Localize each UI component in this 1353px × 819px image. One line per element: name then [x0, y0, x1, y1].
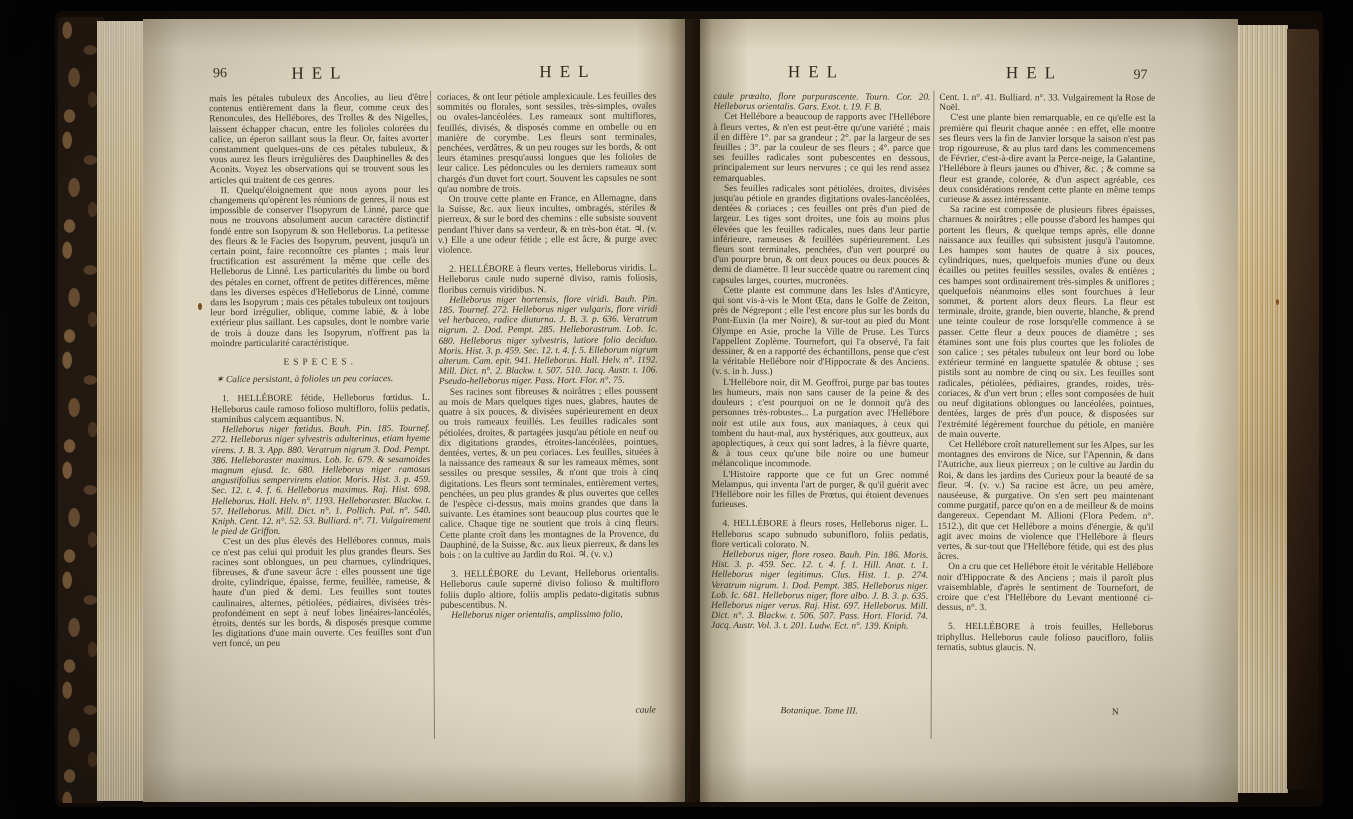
paragraph: II. Quelqu'éloignement que nous ayons po… — [210, 185, 430, 350]
text-column: caule prœalto, flore purpurascente. Tour… — [711, 92, 931, 717]
foxing-spot — [198, 303, 202, 310]
left-fore-edge-pages — [97, 21, 145, 801]
paragraph: Helleborus niger orientalis, amplissimo … — [440, 609, 659, 621]
column-text: mais les pétales tubuleux des Ancolies, … — [209, 93, 431, 650]
column-rule — [931, 91, 935, 739]
column-text: coriaces, & ont leur pétiole amplexicaul… — [437, 92, 659, 621]
paragraph: ✶ Calice persistant, à folioles un peu c… — [211, 374, 430, 386]
right-fore-edge-pages — [1236, 25, 1288, 793]
paragraph: Helleborus niger, flore roseo. Bauh. Pin… — [711, 550, 928, 633]
paragraph: 4. HELLÉBORE à fleurs roses, Helleborus … — [711, 519, 928, 551]
right-page-content: HEL HEL 97 caule prœalto, flore purpuras… — [698, 18, 1239, 803]
paragraph: Helleborus niger fœtidus. Bauh. Pin. 185… — [211, 424, 431, 538]
right-page: HEL HEL 97 caule prœalto, flore purpuras… — [700, 19, 1238, 802]
column-text: Cent. 1. n°. 41. Bulliard. n°. 33. Vulga… — [937, 93, 1155, 654]
paragraph: Helleborus niger hortensis, flore viridi… — [438, 294, 658, 387]
running-head: HEL — [979, 63, 1089, 83]
paragraph: caule prœalto, flore purpurascente. Tour… — [713, 92, 930, 113]
paragraph: L'Hellébore noir, dit M. Geoffroi, purge… — [712, 378, 929, 471]
paragraph: L'Histoire rapporte que ce fut un Grec n… — [712, 469, 929, 511]
signature-mark: N — [937, 707, 1153, 718]
page-number: 96 — [213, 66, 227, 82]
paragraph: Cet Hellébore croît naturellement sur le… — [937, 440, 1154, 563]
paragraph: Ses racines sont fibreuses & noirâtres ;… — [439, 386, 659, 561]
paragraph: Ses feuilles radicales sont pétiolées, d… — [713, 184, 930, 287]
paragraph: Cent. 1. n°. 41. Bulliard. n°. 33. Vulga… — [939, 93, 1155, 114]
paragraph: On trouve cette plante en France, en All… — [438, 194, 657, 257]
right-cover-board — [1287, 29, 1319, 789]
paragraph: Cet Hellébore a beaucoup de rapports ave… — [713, 112, 930, 184]
text-column: mais les pétales tubuleux des Ancolies, … — [209, 93, 432, 718]
paragraph: 3. HELLÉBORE du Levant, Helleborus orien… — [440, 569, 659, 611]
paragraph: mais les pétales tubuleux des Ancolies, … — [209, 93, 429, 186]
paragraph: 2. HELLÉBORE à fleurs vertes, Helleborus… — [438, 264, 657, 296]
running-head: HEL — [761, 62, 871, 82]
paragraph: C'est une plante bien remarquable, en ce… — [939, 113, 1155, 206]
paragraph: C'est un des plus élevés des Hellébores … — [212, 536, 432, 650]
photo-background: 96 HEL HEL mais les pétales tubuleux des… — [0, 0, 1353, 819]
paragraph: On a cru que cet Hellébore étoit le véri… — [937, 562, 1153, 614]
paragraph: coriaces, & ont leur pétiole amplexicaul… — [437, 92, 657, 195]
page-number: 97 — [1133, 68, 1147, 84]
left-page: 96 HEL HEL mais les pétales tubuleux des… — [143, 19, 685, 802]
paragraph: 5. HELLÉBORE à trois feuilles, Helleboru… — [937, 622, 1153, 654]
paragraph: ESPECES. — [211, 357, 430, 369]
text-column: coriaces, & ont leur pétiole amplexicaul… — [437, 92, 660, 717]
paragraph: Sa racine est composée de plusieurs fibr… — [938, 205, 1155, 441]
left-page-content: 96 HEL HEL mais les pétales tubuleux des… — [141, 17, 688, 803]
signature-line: Botanique. Tome III. — [711, 706, 928, 717]
text-column: Cent. 1. n°. 41. Bulliard. n°. 33. Vulga… — [937, 93, 1156, 718]
column-text: caule prœalto, flore purpurascente. Tour… — [711, 92, 930, 633]
foxing-spot — [1276, 299, 1279, 305]
catchword: caule — [441, 705, 660, 717]
paragraph: 1. HELLÉBORE fétide, Helleborus fœtidus.… — [211, 393, 430, 425]
running-head: HEL — [513, 62, 623, 83]
paragraph: Cette plante est commune dans les Isles … — [712, 286, 929, 379]
running-head: HEL — [265, 63, 375, 84]
